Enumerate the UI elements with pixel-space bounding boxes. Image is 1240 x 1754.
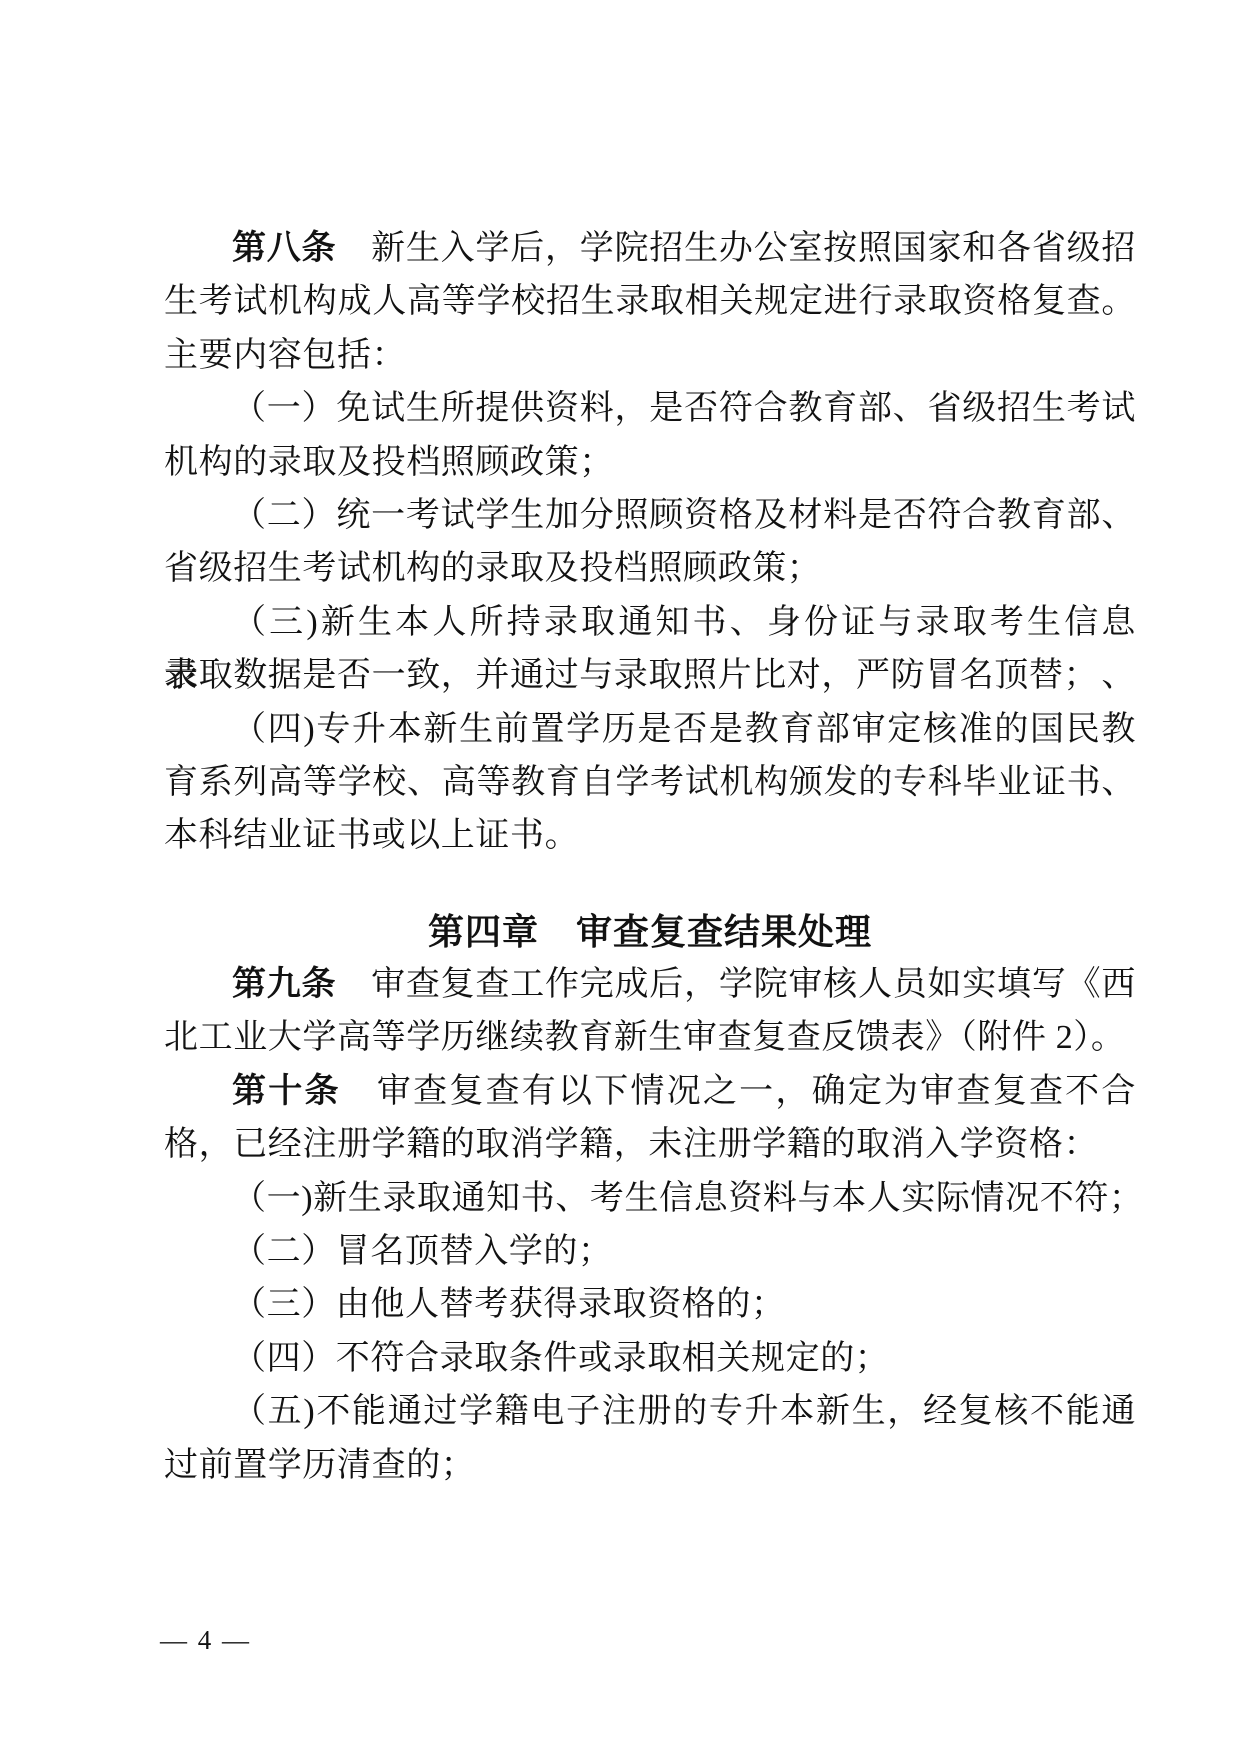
text-line: （三)新生本人所持录取通知书、身份证与录取考生信息表、	[164, 596, 1136, 649]
text-line: （三）由他人替考获得录取资格的；	[164, 1278, 1136, 1331]
text-line: 北工业大学高等学历继续教育新生审查复查反馈表》（附件 2）。	[164, 1011, 1136, 1064]
bold-text-run: 第十条	[232, 1073, 341, 1110]
text-run: 录取数据是否一致，并通过与录取照片比对，严防冒名顶替；	[164, 657, 1098, 694]
chapter-heading: 第四章 审查复查结果处理	[164, 905, 1136, 958]
text-run: （一）免试生所提供资料，是否符合教育部、省级招生考试	[232, 390, 1136, 427]
text-line: 第八条 新生入学后，学院招生办公室按照国家和各省级招	[164, 222, 1136, 275]
text-line: 省级招生考试机构的录取及投档照顾政策；	[164, 542, 1136, 595]
text-run: （二）冒名顶替入学的；	[232, 1233, 613, 1270]
text-run: 格，已经注册学籍的取消学籍，未注册学籍的取消入学资格：	[164, 1126, 1098, 1163]
text-line: 录取数据是否一致，并通过与录取照片比对，严防冒名顶替；	[164, 649, 1136, 702]
text-line: 过前置学历清查的；	[164, 1439, 1136, 1492]
text-run: （四）不符合录取条件或录取相关规定的；	[232, 1340, 889, 1377]
text-line: （五)不能通过学籍电子注册的专升本新生，经复核不能通	[164, 1385, 1136, 1438]
text-run: 审查复查工作完成后，学院审核人员如实填写《西	[336, 966, 1136, 1003]
text-run: 育系列高等学校、高等教育自学考试机构颁发的专科毕业证书、	[164, 764, 1136, 801]
text-line: 第九条 审查复查工作完成后，学院审核人员如实填写《西	[164, 958, 1136, 1011]
text-line: （一）免试生所提供资料，是否符合教育部、省级招生考试	[164, 382, 1136, 435]
text-line: 机构的录取及投档照顾政策；	[164, 436, 1136, 489]
text-line: （四)专升本新生前置学历是否是教育部审定核准的国民教	[164, 703, 1136, 756]
document-page: 第八条 新生入学后，学院招生办公室按照国家和各省级招生考试机构成人高等学校招生录…	[0, 0, 1240, 1754]
text-line: 本科结业证书或以上证书。	[164, 809, 1136, 862]
document-body: 第八条 新生入学后，学院招生办公室按照国家和各省级招生考试机构成人高等学校招生录…	[164, 0, 1136, 1492]
text-run: 省级招生考试机构的录取及投档照顾政策；	[164, 550, 821, 587]
text-run: 过前置学历清查的；	[164, 1447, 475, 1484]
text-line: （二）统一考试学生加分照顾资格及材料是否符合教育部、	[164, 489, 1136, 542]
text-run: （四)专升本新生前置学历是否是教育部审定核准的国民教	[232, 711, 1136, 748]
text-line: 格，已经注册学籍的取消学籍，未注册学籍的取消入学资格：	[164, 1118, 1136, 1171]
text-run: 主要内容包括：	[164, 337, 406, 374]
bold-text-run: 第九条	[232, 966, 336, 1003]
text-run: 本科结业证书或以上证书。	[164, 817, 579, 854]
text-line: 主要内容包括：	[164, 329, 1136, 382]
page-number: — 4 —	[160, 1625, 251, 1656]
text-run: 审查复查有以下情况之一，确定为审查复查不合	[341, 1073, 1136, 1110]
text-line: 生考试机构成人高等学校招生录取相关规定进行录取资格复查。	[164, 275, 1136, 328]
bold-text-run: 第四章 审查复查结果处理	[428, 911, 872, 952]
text-run: 生考试机构成人高等学校招生录取相关规定进行录取资格复查。	[164, 283, 1136, 320]
bold-text-run: 第八条	[232, 230, 336, 267]
text-line: （一)新生录取通知书、考生信息资料与本人实际情况不符；	[164, 1172, 1136, 1225]
text-line: （四）不符合录取条件或录取相关规定的；	[164, 1332, 1136, 1385]
text-run: 北工业大学高等学历继续教育新生审查复查反馈表》（附件 2）。	[164, 1019, 1126, 1056]
text-run: （一)新生录取通知书、考生信息资料与本人实际情况不符；	[232, 1180, 1144, 1217]
text-run: 机构的录取及投档照顾政策；	[164, 444, 614, 481]
text-line: 第十条 审查复查有以下情况之一，确定为审查复查不合	[164, 1065, 1136, 1118]
text-line: 育系列高等学校、高等教育自学考试机构颁发的专科毕业证书、	[164, 756, 1136, 809]
text-run: （三）由他人替考获得录取资格的；	[232, 1286, 786, 1323]
text-run: 新生入学后，学院招生办公室按照国家和各省级招	[336, 230, 1136, 267]
text-run: （二）统一考试学生加分照顾资格及材料是否符合教育部、	[232, 497, 1136, 534]
text-line: （二）冒名顶替入学的；	[164, 1225, 1136, 1278]
text-run: （五)不能通过学籍电子注册的专升本新生，经复核不能通	[232, 1393, 1136, 1430]
